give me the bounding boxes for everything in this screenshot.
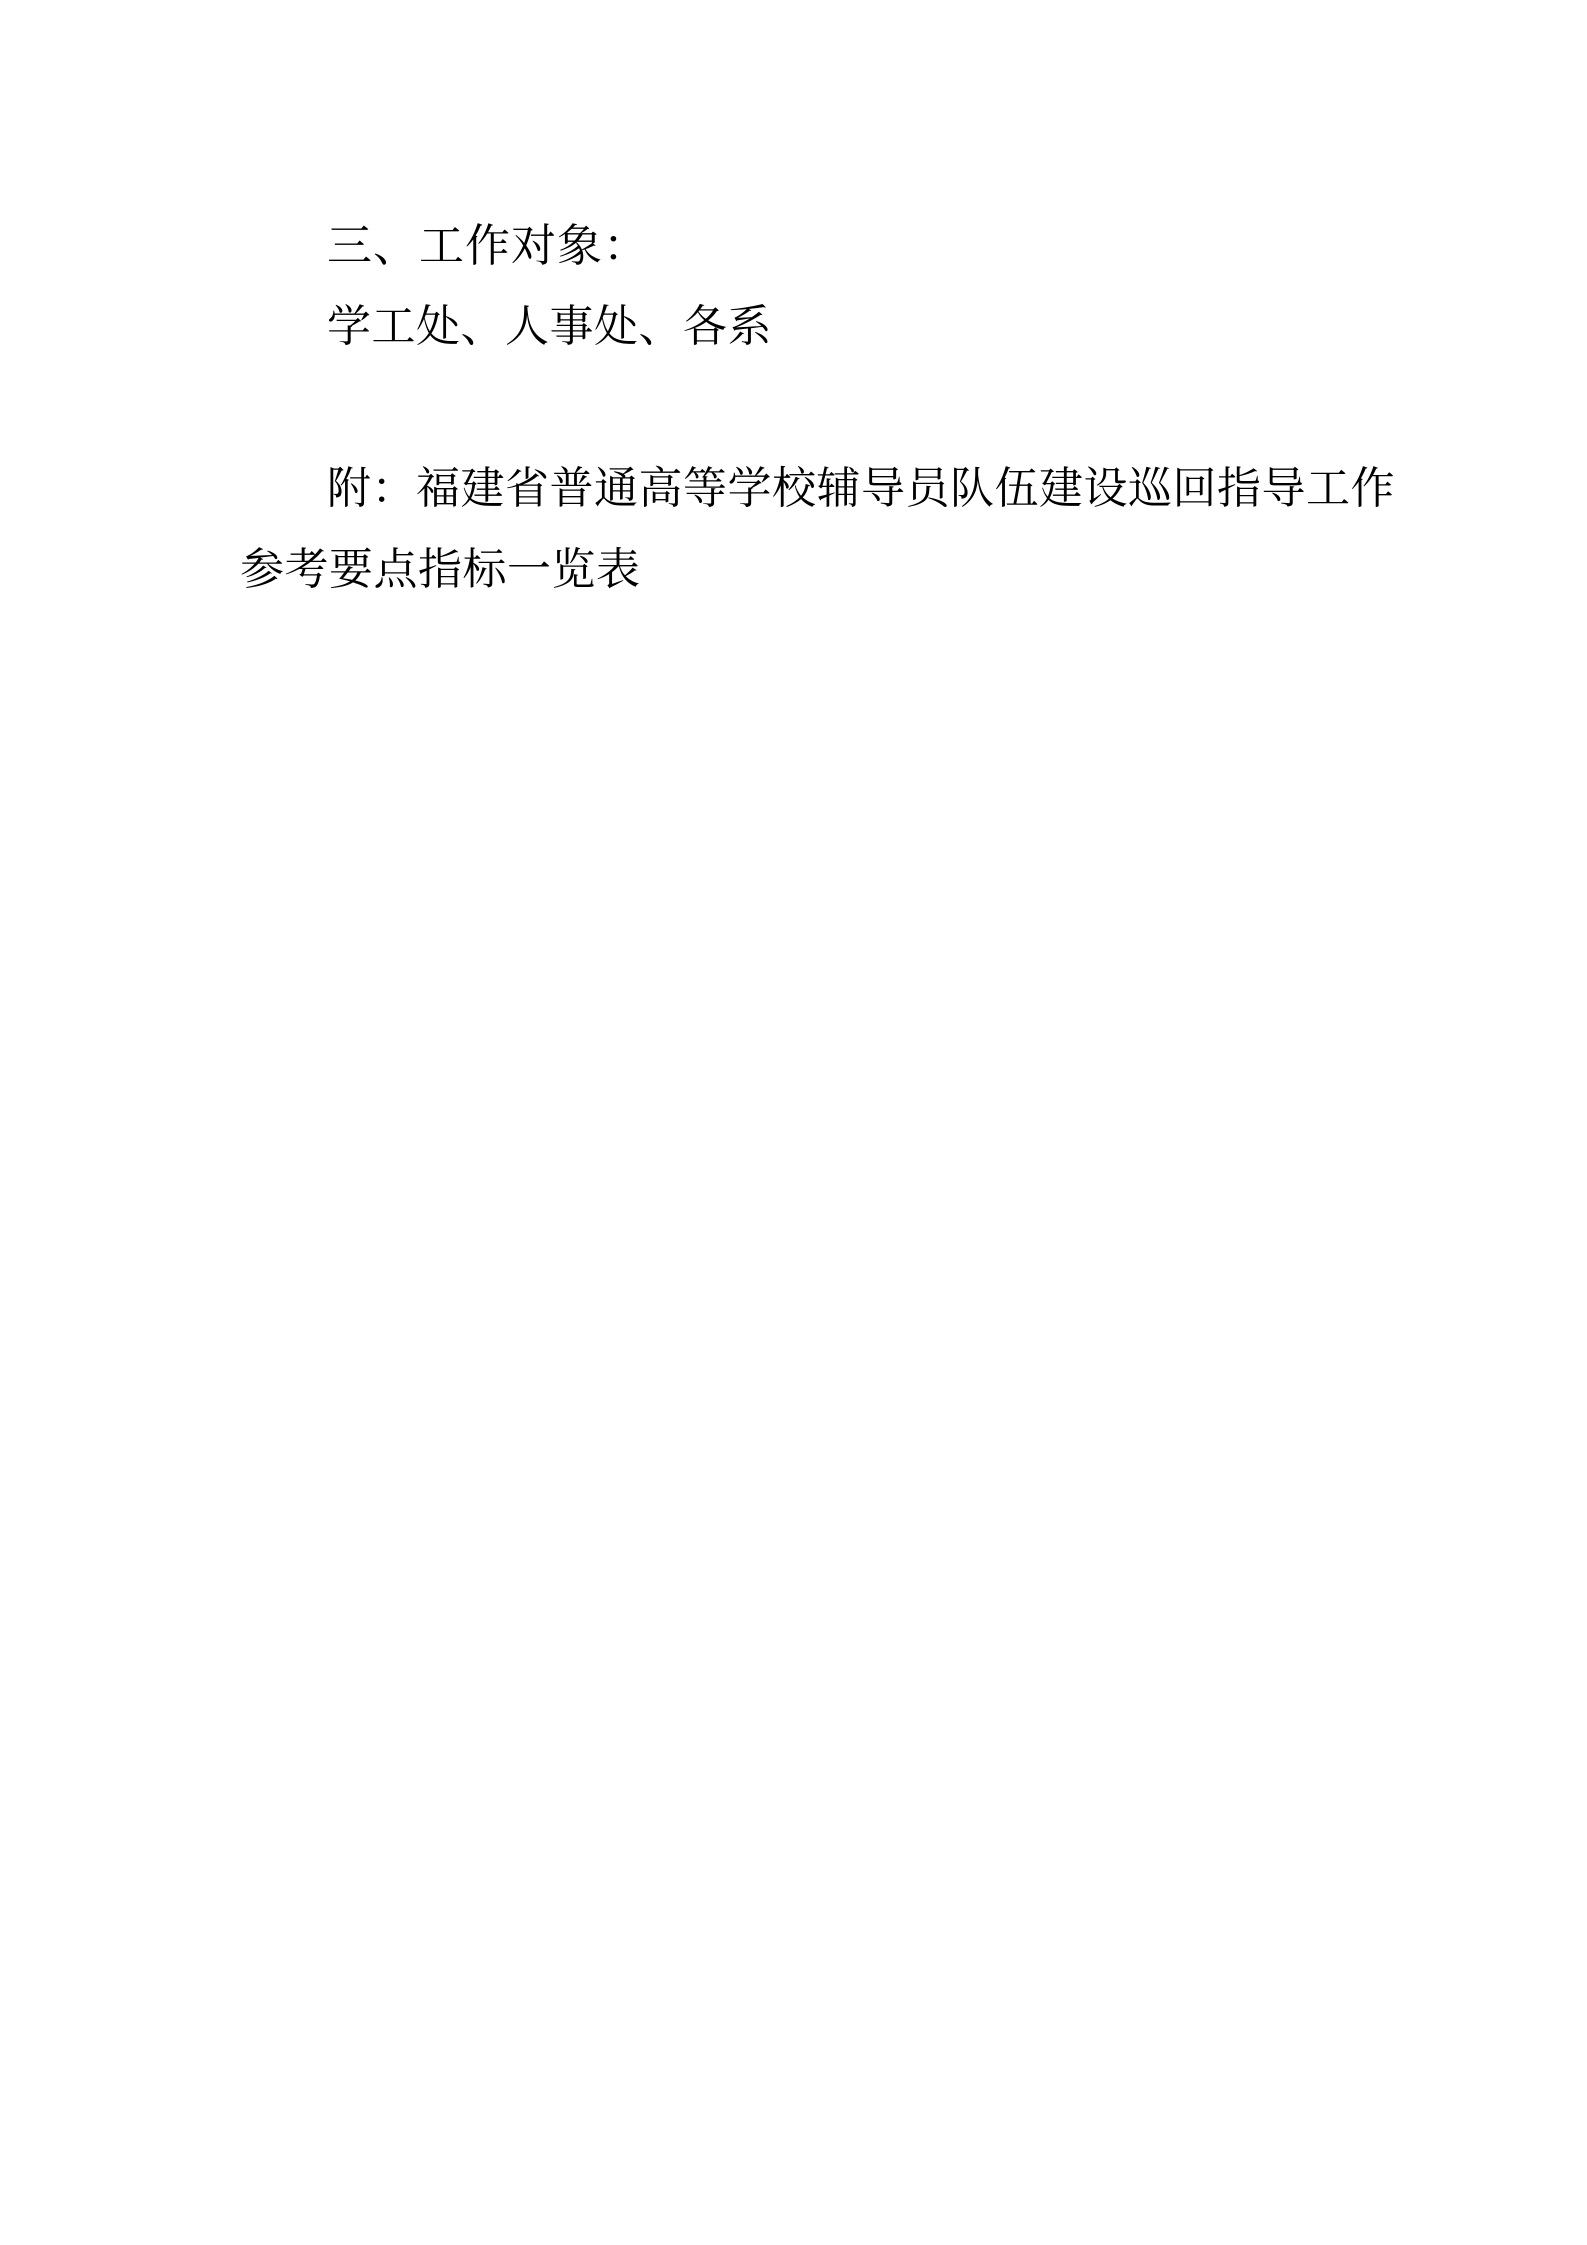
section-body-text: 学工处、人事处、各系 — [240, 286, 1362, 367]
document-content: 三、工作对象： 学工处、人事处、各系 附：福建省普通高等学校辅导员队伍建设巡回指… — [240, 205, 1362, 610]
section-heading: 三、工作对象： — [240, 205, 1362, 286]
document-page: 三、工作对象： 学工处、人事处、各系 附：福建省普通高等学校辅导员队伍建设巡回指… — [0, 0, 1587, 2245]
blank-line — [240, 367, 1362, 448]
attachment-note-line-1: 附：福建省普通高等学校辅导员队伍建设巡回指导工作 — [240, 448, 1362, 529]
attachment-note-line-2: 参考要点指标一览表 — [240, 529, 1362, 610]
